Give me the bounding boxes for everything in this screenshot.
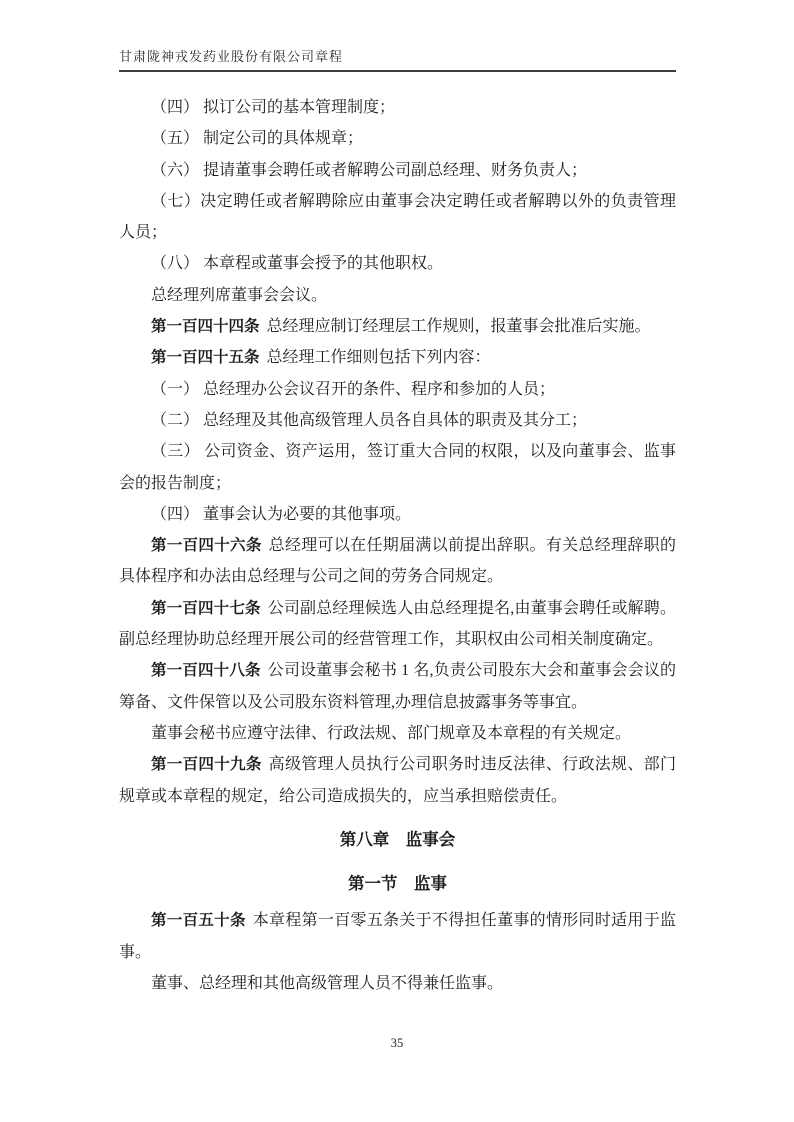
paragraph: （八） 本章程或董事会授予的其他职权。	[119, 248, 676, 279]
page-number: 35	[391, 1036, 404, 1050]
article-number: 第一百四十七条	[151, 600, 261, 617]
article-paragraph: 第一百四十六条总经理可以在任期届满以前提出辞职。有关总经理辞职的具体程序和办法由…	[119, 530, 676, 593]
paragraph: 总经理列席董事会会议。	[119, 280, 676, 311]
header-title: 甘肃陇神戎发药业股份有限公司章程	[119, 49, 343, 64]
paragraph: （四） 拟订公司的基本管理制度；	[119, 92, 676, 123]
paragraph: （七）决定聘任或者解聘除应由董事会决定聘任或者解聘以外的负责管理人员；	[119, 186, 676, 249]
article-paragraph: 第一百四十四条总经理应制订经理层工作规则，报董事会批准后实施。	[119, 311, 676, 342]
section-heading: 第一节 监事	[119, 869, 676, 900]
paragraph: 董事会秘书应遵守法律、行政法规、部门规章及本章程的有关规定。	[119, 718, 676, 749]
article-number: 第一百四十九条	[151, 756, 262, 773]
article-number: 第一百四十四条	[151, 318, 260, 335]
article-number: 第一百四十八条	[151, 662, 261, 679]
document-body: （四） 拟订公司的基本管理制度；（五） 制定公司的具体规章；（六） 提请董事会聘…	[119, 92, 676, 999]
article-paragraph: 第一百四十七条公司副总经理候选人由总经理提名,由董事会聘任或解聘。副总经理协助总…	[119, 593, 676, 656]
document-page: 甘肃陇神戎发药业股份有限公司章程 （四） 拟订公司的基本管理制度；（五） 制定公…	[0, 0, 794, 1122]
paragraph: （五） 制定公司的具体规章；	[119, 123, 676, 154]
paragraph: （四） 董事会认为必要的其他事项。	[119, 499, 676, 530]
article-paragraph: 第一百五十条本章程第一百零五条关于不得担任董事的情形同时适用于监事。	[119, 905, 676, 968]
article-number: 第一百五十条	[151, 912, 246, 929]
paragraph: （二） 总经理及其他高级管理人员各自具体的职责及其分工；	[119, 405, 676, 436]
paragraph: （一） 总经理办公会议召开的条件、程序和参加的人员；	[119, 374, 676, 405]
page-footer: 35	[0, 1036, 794, 1051]
paragraph: （六） 提请董事会聘任或者解聘公司副总经理、财务负责人；	[119, 155, 676, 186]
article-number: 第一百四十六条	[151, 537, 262, 554]
article-paragraph: 第一百四十八条公司设董事会秘书 1 名,负责公司股东大会和董事会会议的筹备、文件…	[119, 655, 676, 718]
chapter-heading: 第八章 监事会	[119, 825, 676, 856]
paragraph: 董事、总经理和其他高级管理人员不得兼任监事。	[119, 968, 676, 999]
paragraph: （三） 公司资金、资产运用，签订重大合同的权限，以及向董事会、监事会的报告制度；	[119, 436, 676, 499]
article-number: 第一百四十五条	[151, 349, 260, 366]
article-paragraph: 第一百四十九条高级管理人员执行公司职务时违反法律、行政法规、部门规章或本章程的规…	[119, 749, 676, 812]
article-paragraph: 第一百四十五条总经理工作细则包括下列内容：	[119, 342, 676, 373]
page-header: 甘肃陇神戎发药业股份有限公司章程	[119, 46, 676, 72]
